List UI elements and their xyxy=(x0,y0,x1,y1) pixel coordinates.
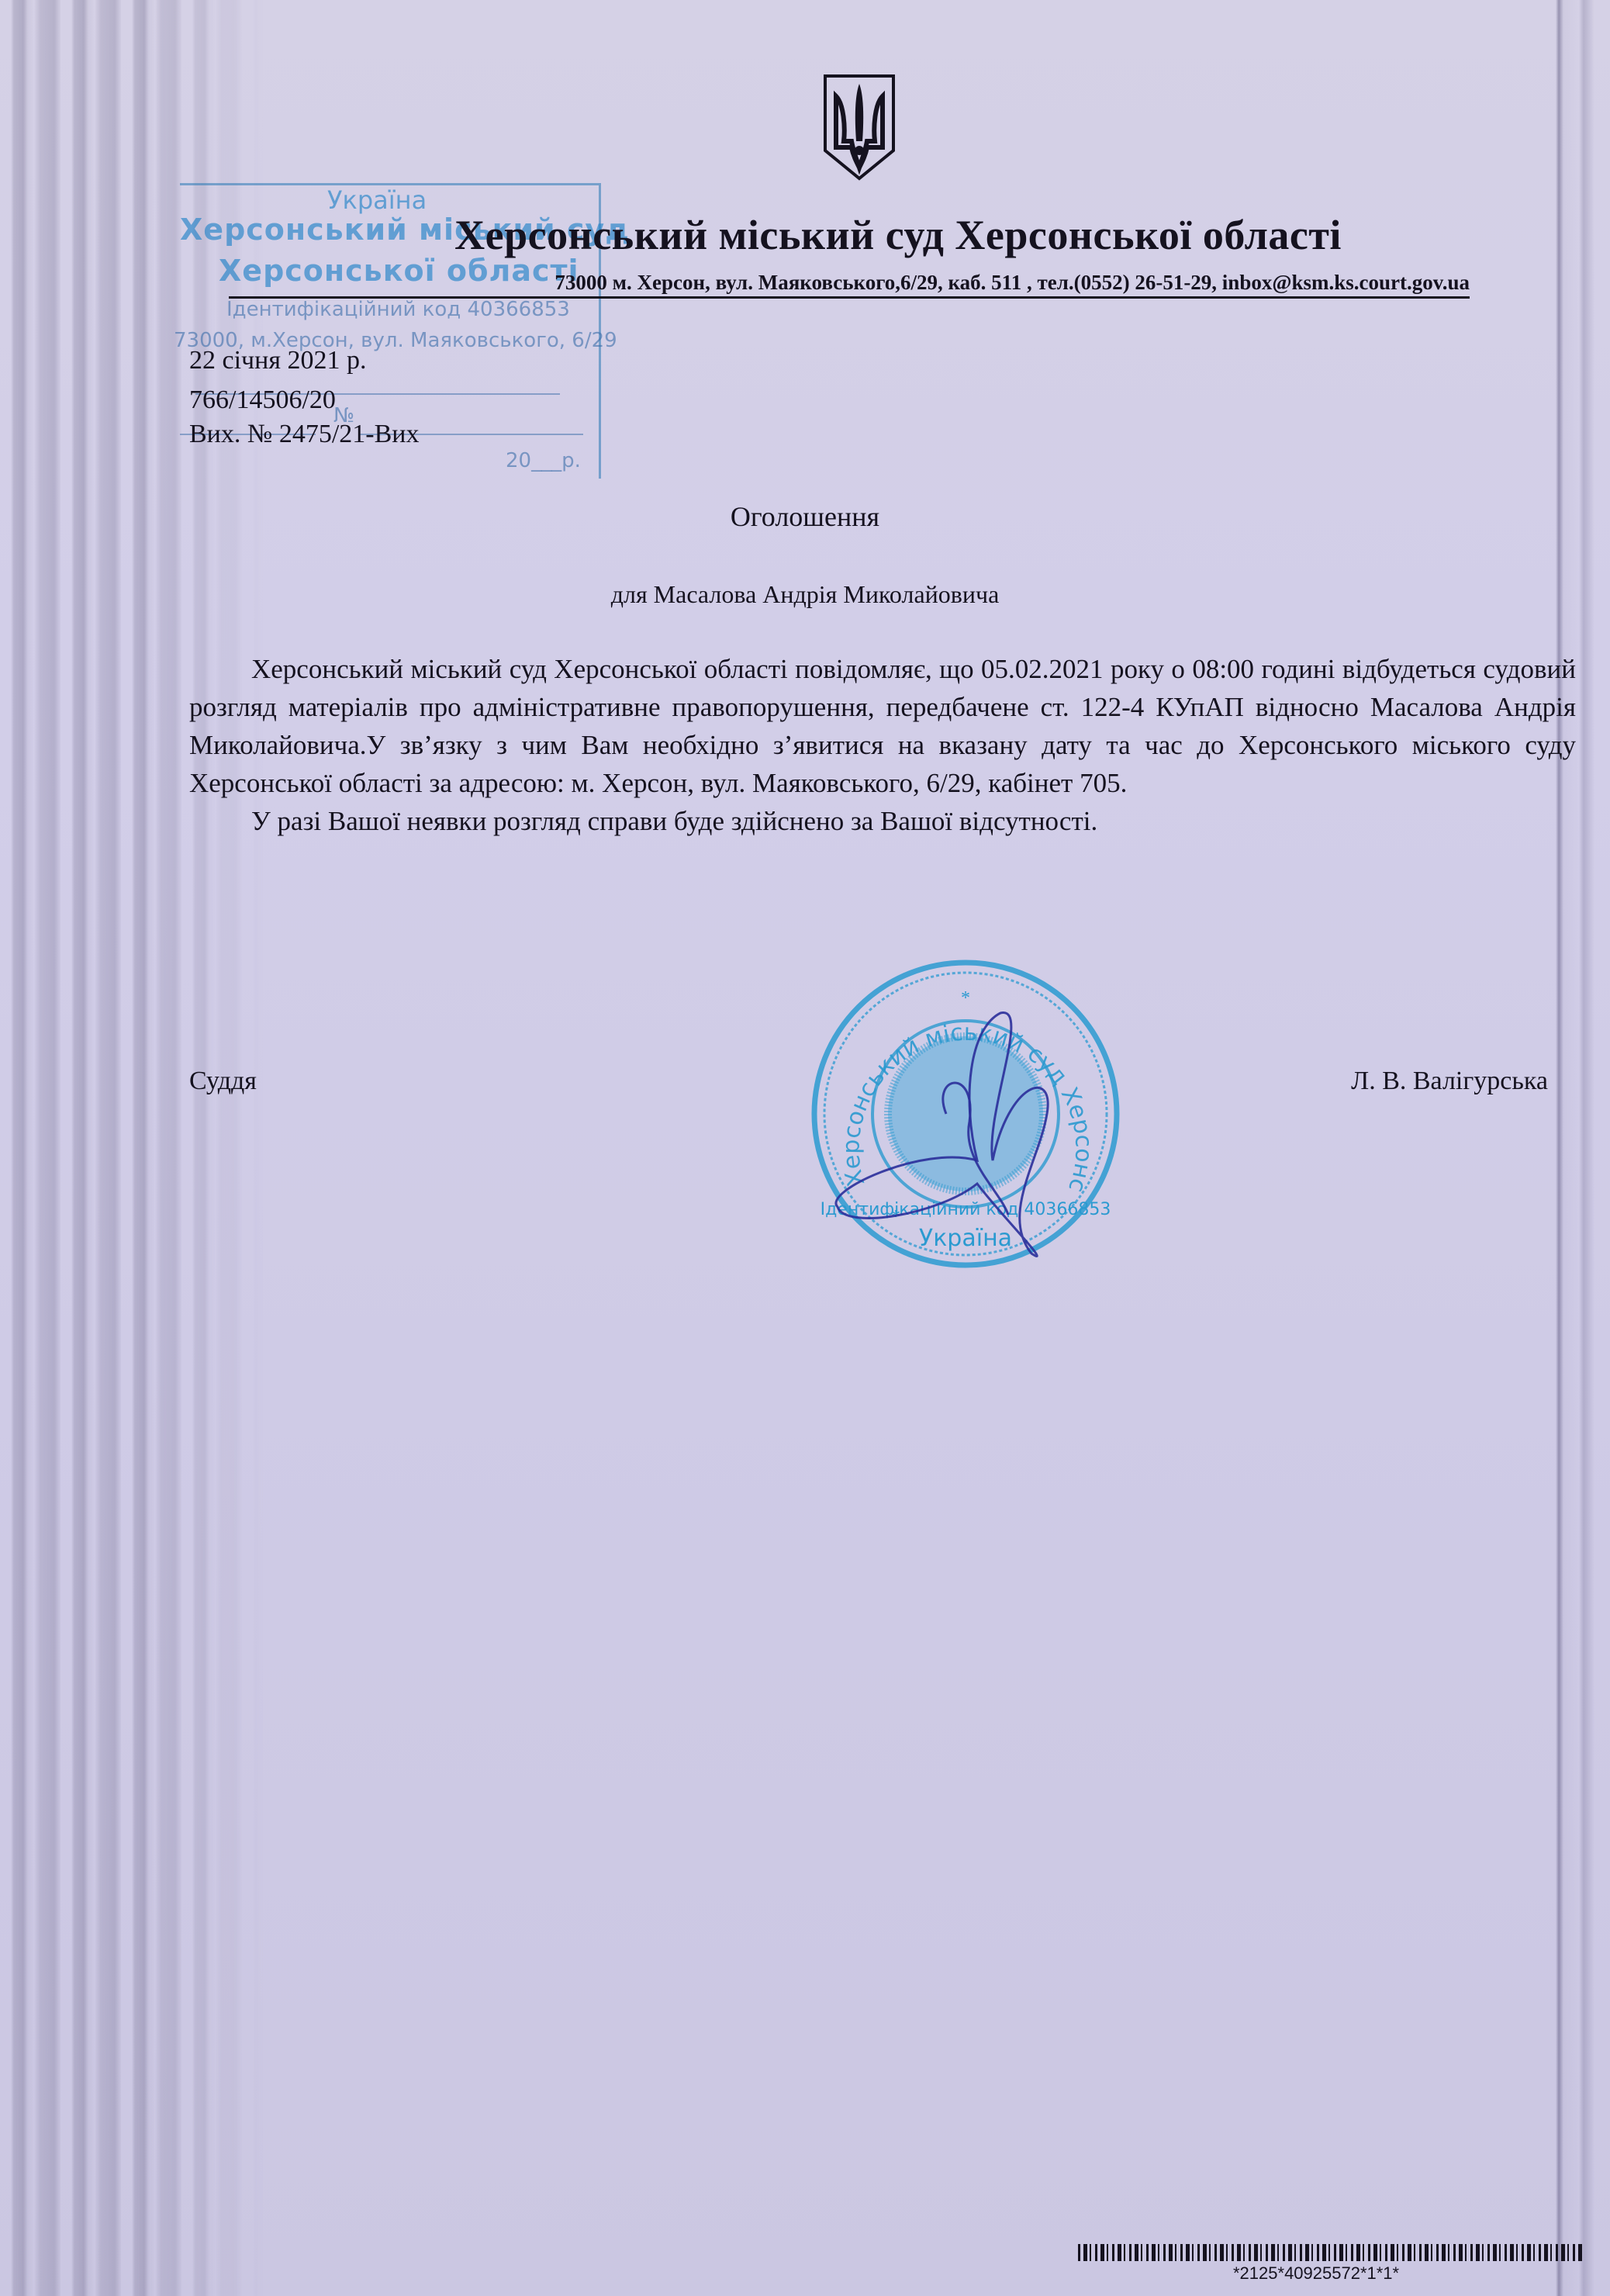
notice-body: Херсонський міський суд Херсонської обла… xyxy=(189,650,1576,840)
document-page: Україна Херсонський міський суд Херсонсь… xyxy=(0,0,1610,2296)
judge-name: Л. В. Валігурська xyxy=(1351,1067,1548,1096)
judge-label: Суддя xyxy=(189,1067,257,1096)
body-paragraph: Херсонський міський суд Херсонської обла… xyxy=(189,650,1576,802)
case-number: 766/14506/20 xyxy=(189,386,336,415)
document-date: 22 січня 2021 р. xyxy=(189,346,366,375)
svg-text:*: * xyxy=(961,988,970,1008)
stamp-id-code: Ідентифікаційний код 40366853 xyxy=(226,298,570,321)
barcode-number: *2125*40925572*1*1* xyxy=(1233,2263,1399,2284)
seal-bottom-text: Україна xyxy=(919,1225,1012,1252)
court-seal-icon: Херсонський міський суд Херсонської обла… xyxy=(799,959,1132,1285)
document-title: Оголошення xyxy=(0,500,1610,533)
stamp-year-blank: 20___р. xyxy=(506,449,581,472)
outgoing-number: Вих. № 2475/21-Вих xyxy=(189,420,419,449)
body-paragraph: У разі Вашої неявки розгляд справи буде … xyxy=(189,802,1576,840)
barcode xyxy=(1078,2244,1582,2261)
addressee-line: для Масалова Андрія Миколайовича xyxy=(0,580,1610,609)
seal-inner-text: Ідентифікаційний код 40366853 xyxy=(821,1200,1111,1219)
ukraine-coat-of-arms-icon xyxy=(821,73,898,182)
court-address-line: 73000 м. Херсон, вул. Маяковського,6/29,… xyxy=(229,271,1470,299)
court-name-heading: Херсонський міський суд Херсонської обла… xyxy=(0,211,1610,259)
